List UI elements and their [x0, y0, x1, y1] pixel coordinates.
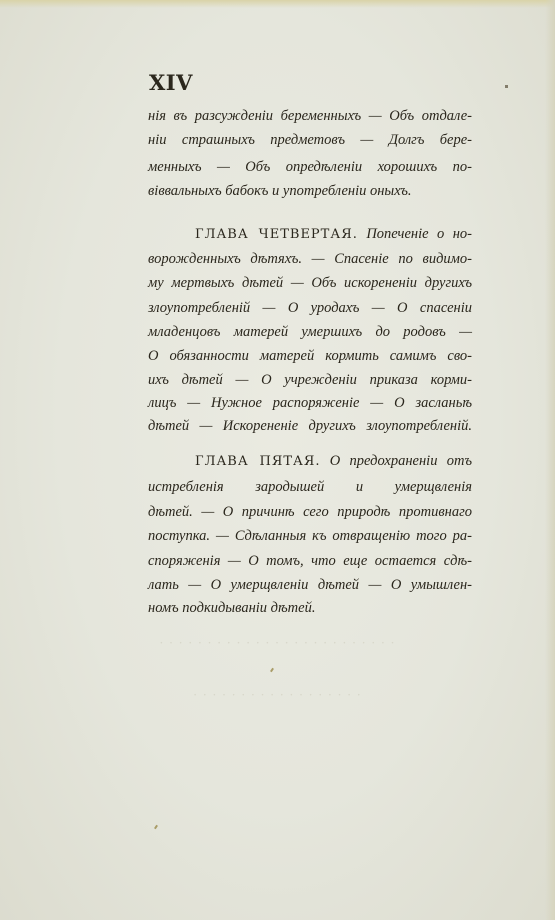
chapter-four-heading-line: ГЛАВА ЧЕТВЕРТАЯ. Попеченіе о но-: [195, 224, 472, 245]
page-edge-shadow: [545, 0, 555, 920]
chapter-heading: ГЛАВА ПЯТАЯ.: [195, 454, 320, 469]
chapter-title-start: Попеченіе о но-: [366, 226, 472, 242]
text-line: ніи страшныхъ предметовъ — Долгъ бере-: [148, 130, 472, 150]
text-line: му мертвыхъ дѣтей — Объ искорененіи друг…: [148, 273, 472, 293]
chapter-five-heading-line: ГЛАВА ПЯТАЯ. О предохраненіи отъ: [195, 451, 472, 472]
text-line: нія въ разсужденіи беременныхъ — Объ отд…: [148, 106, 472, 126]
text-line: споряженія — О томъ, что еще остается сд…: [148, 551, 472, 571]
text-line: О обязанности матерей кормить самимъ сво…: [148, 346, 472, 366]
text-line: дѣтей — Искорененіе другихъ злоупотребле…: [148, 416, 472, 436]
paper-speck: [505, 85, 508, 88]
page-edge-stain: [0, 0, 555, 8]
text-line: лицъ — Нужное распоряженіе — О засланьѣ: [148, 393, 472, 413]
chapter-heading: ГЛАВА ЧЕТВЕРТАЯ.: [195, 227, 358, 242]
text-line: менныхъ — Объ опредѣленіи хорошихъ по-: [148, 157, 472, 177]
text-line: младенцовъ матерей умершихъ до родовъ —: [148, 322, 472, 342]
page-number: XIV: [149, 70, 193, 95]
text-line: поступка. — Сдѣланныя къ отвращенію того…: [148, 526, 472, 546]
bleed-through-text: · · · · · · · · · · · · · · · · · ·: [0, 688, 555, 702]
text-line: злоупотребленій — О уродахъ — О спасеніи: [148, 298, 472, 318]
text-line: лать — О умерщвленіи дѣтей — О умышлен-: [148, 575, 472, 595]
text-line: истребленія зародышей и умерщвленія: [148, 477, 472, 497]
text-line: віввальныхъ бабокъ и употребленіи оныхъ.: [148, 181, 472, 201]
chapter-title-start: О предохраненіи отъ: [330, 453, 472, 469]
text-line: ихъ дѣтей — О учрежденіи приказа корми-: [148, 370, 472, 390]
text-line: номъ подкидываніи дѣтей.: [148, 598, 472, 618]
text-line: дѣтей. — О причинѣ сего природѣ противна…: [148, 502, 472, 522]
text-line: ворожденныхъ дѣтяхъ. — Спасеніе по видим…: [148, 249, 472, 269]
bleed-through-text: · · · · · · · · · · · · · · · · · · · · …: [0, 636, 555, 650]
